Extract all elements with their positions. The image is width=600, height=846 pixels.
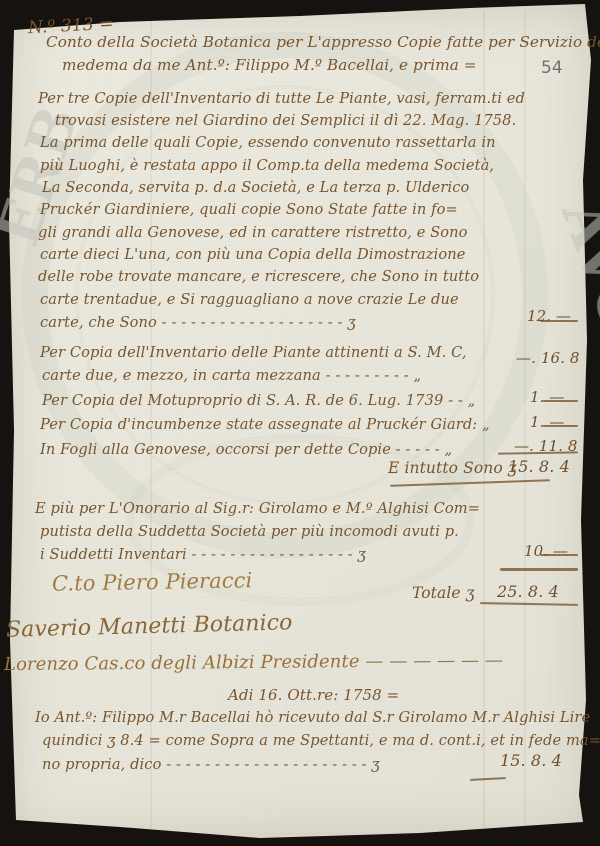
- item-line: carte due, e mezzo, in carta mezzana - -…: [42, 367, 421, 384]
- item-line: Per Copia dell'Inventario delle Piante a…: [40, 344, 467, 361]
- item-line: Per Copia del Motuproprio di S. A. R. de…: [42, 392, 475, 409]
- amount-value: 10. —: [524, 542, 568, 560]
- body-line: carte trentadue, e Si ragguagliano a nov…: [40, 291, 459, 308]
- body-line: putista della Suddetta Società per più i…: [40, 523, 459, 540]
- header-line-1: Conto della Società Botanica per L'appre…: [46, 33, 600, 51]
- amount-value: 12. —: [527, 307, 571, 325]
- signature-pieracci: C.to Piero Pieracci: [52, 568, 253, 595]
- body-line: carte, che Sono - - - - - - - - - - - - …: [40, 314, 356, 331]
- amount-value: 1. —: [530, 388, 564, 406]
- subtotal-label: E intutto Sono ʒ: [388, 459, 517, 477]
- item-line: Per Copia d'incumbenze state assegnate a…: [40, 416, 490, 433]
- total-label: Totale ʒ: [412, 584, 475, 602]
- receipt-line: quindici ʒ 8.4 = come Sopra a me Spettan…: [42, 732, 600, 749]
- item-line: In Fogli alla Genovese, occorsi per dett…: [40, 441, 452, 458]
- body-line: La prima delle quali Copie, essendo conv…: [40, 134, 496, 151]
- body-line: carte dieci L'una, con più una Copia del…: [40, 246, 466, 263]
- scanned-manuscript-page: ERB AVG N.º 313 = Conto della Società Bo…: [0, 0, 600, 846]
- receipt-date: Adi 16. Ott.re: 1758 =: [228, 686, 399, 704]
- subtotal-amount: 15. 8. 4: [508, 457, 570, 476]
- body-line: delle robe trovate mancare, e ricrescere…: [38, 268, 479, 285]
- receipt-line: no propria, dico - - - - - - - - - - - -…: [42, 756, 380, 773]
- body-line: Pruckér Giardiniere, quali copie Sono St…: [40, 201, 458, 218]
- total-amount: 25. 8. 4: [497, 582, 559, 601]
- body-line: trovasi esistere nel Giardino dei Sempli…: [55, 112, 516, 129]
- amount-value: 1. —: [530, 413, 564, 431]
- signature-albizi: Lorenzo Cas.co degli Albizi Presidente —…: [4, 650, 503, 675]
- body-line: più Luoghi, è restata appo il Comp.ta de…: [40, 157, 494, 174]
- body-line: E più per L'Onorario al Sig.r: Girolamo …: [35, 500, 480, 517]
- body-line: gli grandi alla Genovese, ed in caratter…: [38, 224, 468, 241]
- body-line: La Seconda, servita p. d.a Società, e La…: [42, 179, 469, 196]
- page-number: 54: [541, 58, 563, 78]
- header-line-2: medema da me Ant.º: Filippo M.º Bacellai…: [62, 56, 477, 74]
- body-line: i Suddetti Inventari - - - - - - - - - -…: [40, 546, 366, 563]
- receipt-amount: 15. 8. 4: [500, 751, 562, 770]
- body-line: Per tre Copie dell'Inventario di tutte L…: [38, 90, 525, 107]
- amount-value: —. 16. 8: [516, 349, 580, 367]
- receipt-line: Io Ant.º: Filippo M.r Bacellai hò ricevu…: [35, 709, 590, 726]
